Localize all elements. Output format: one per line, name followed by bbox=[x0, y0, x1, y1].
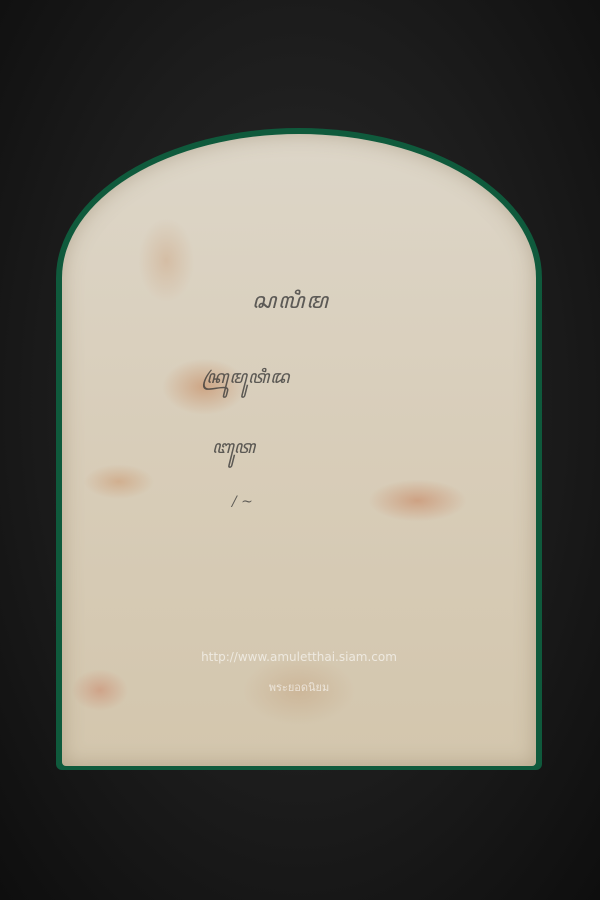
inscription-line-4: / ~ bbox=[232, 494, 253, 510]
watermark-caption: พระยอดนิยม bbox=[62, 678, 536, 696]
watermark-url: http://www.amuletthai.siam.com bbox=[62, 650, 536, 664]
inscription-line-3: ꦧꦸꦠ bbox=[212, 434, 255, 470]
amulet-tablet: ꦱꦭꦶꦩ ꦏꦿꦸꦩꦸꦠꦶꦢ ꦧꦸꦠ / ~ http://www.amulett… bbox=[56, 128, 542, 770]
inscription-line-1: ꦱꦭꦶꦩ bbox=[252, 284, 330, 329]
amulet-back-face: ꦱꦭꦶꦩ ꦏꦿꦸꦩꦸꦠꦶꦢ ꦧꦸꦠ / ~ http://www.amulett… bbox=[62, 134, 536, 766]
inscription-line-2: ꦏꦿꦸꦩꦸꦠꦶꦢ bbox=[202, 364, 290, 400]
